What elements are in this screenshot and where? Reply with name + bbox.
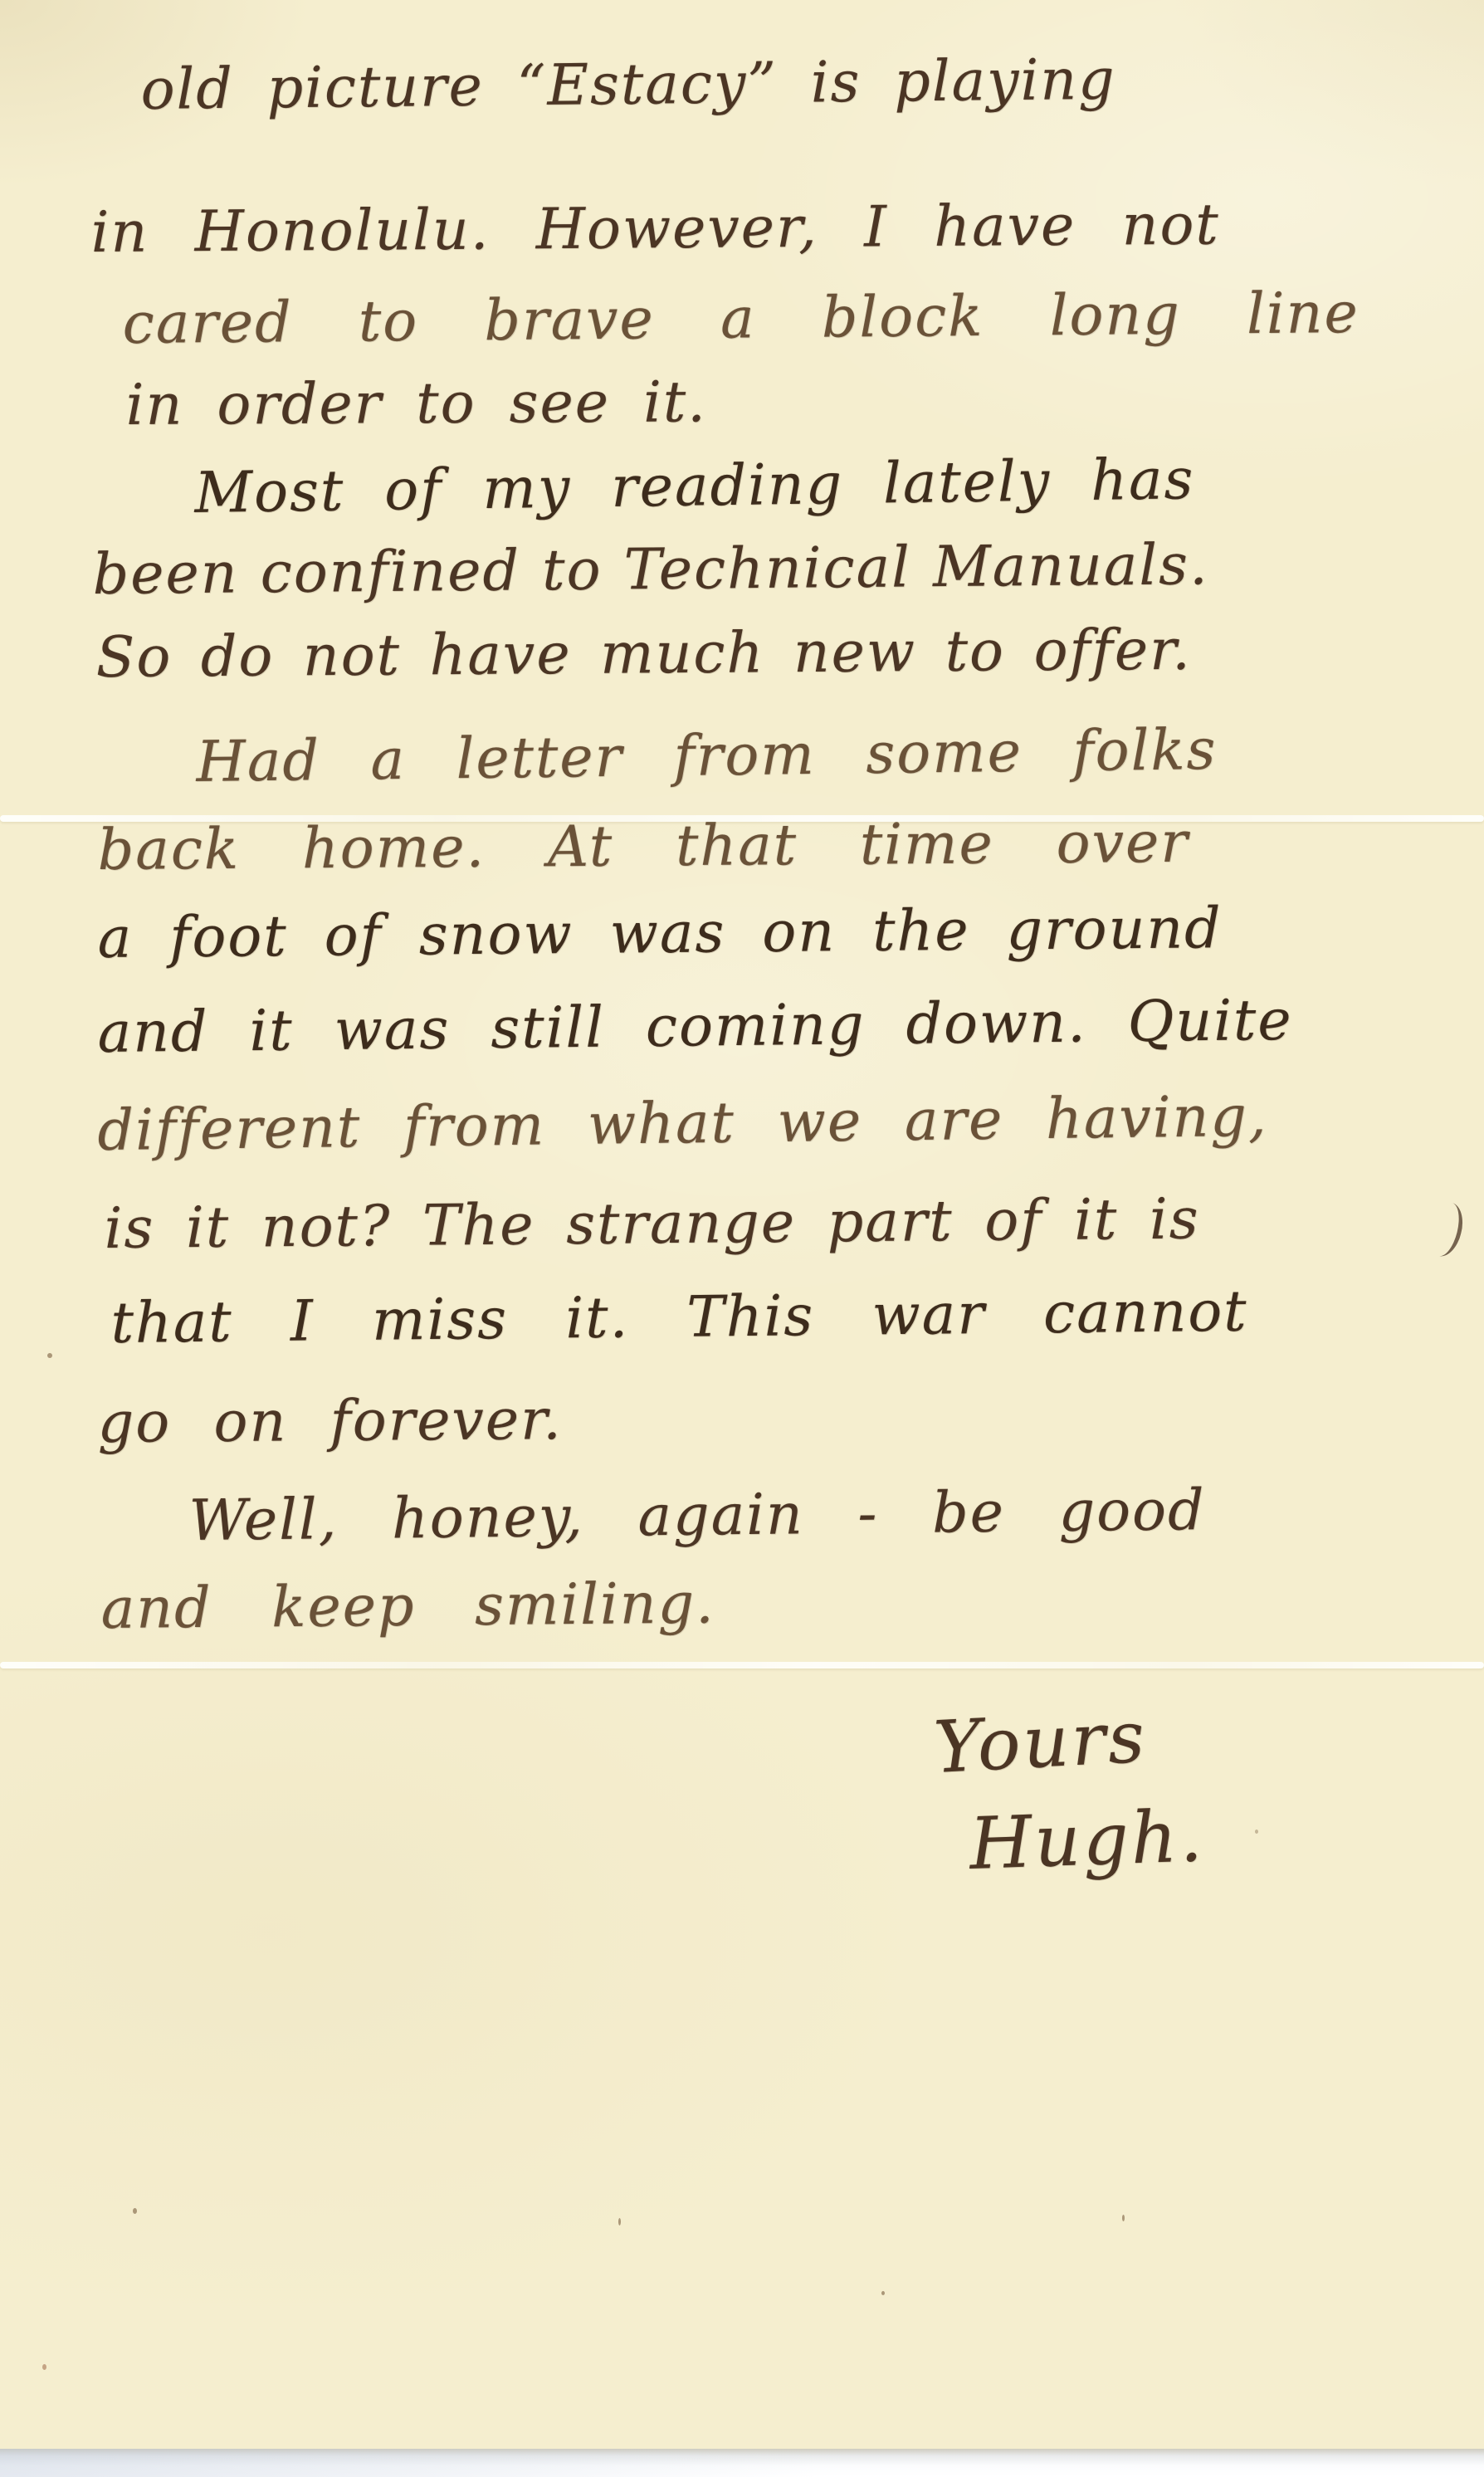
valediction: Yours — [932, 1696, 1150, 1790]
paper-speck — [42, 2364, 46, 2370]
stray-ink-mark — [1423, 1199, 1468, 1259]
signature: Hugh. — [969, 1795, 1206, 1886]
scanner-edge — [0, 2449, 1484, 2477]
letter-line: go on forever. — [97, 1390, 563, 1455]
letter-line: a foot of snow was on the ground — [97, 898, 1223, 970]
letter-line: and keep smiling. — [100, 1574, 715, 1641]
letter-page: old picture “Estacy” is playing in Honol… — [0, 0, 1484, 2477]
paper-speck — [881, 2291, 885, 2295]
letter-line: Well, honey, again - be good — [188, 1480, 1206, 1553]
letter-line: cared to brave a block long line — [122, 283, 1360, 356]
paper-speck — [1255, 1830, 1258, 1834]
letter-line: and it was still coming down. Quite — [97, 990, 1293, 1065]
paper-speck — [618, 2218, 621, 2225]
paper-speck — [133, 2208, 137, 2214]
letter-line: Most of my reading lately has — [194, 449, 1195, 525]
paper-speck — [1122, 2215, 1125, 2221]
letter-line: been confined to Technical Manuals. — [92, 535, 1209, 607]
letter-line: So do not have much new to offer. — [95, 620, 1191, 690]
fold-crease — [0, 1662, 1484, 1668]
letter-line: is it not? The strange part of it is — [104, 1189, 1200, 1260]
letter-line: in order to see it. — [126, 372, 707, 437]
fold-crease — [0, 815, 1484, 822]
letter-line: back home. At that time over — [97, 813, 1189, 882]
ink-dot — [47, 1353, 52, 1358]
letter-line: Had a letter from some folks — [196, 720, 1218, 794]
letter-line: old picture “Estacy” is playing — [140, 50, 1116, 122]
letter-line: in Honolulu. However, I have not — [90, 195, 1219, 265]
letter-line: that I miss it. This war cannot — [110, 1282, 1248, 1356]
letter-line: different from what we are having, — [97, 1087, 1268, 1163]
